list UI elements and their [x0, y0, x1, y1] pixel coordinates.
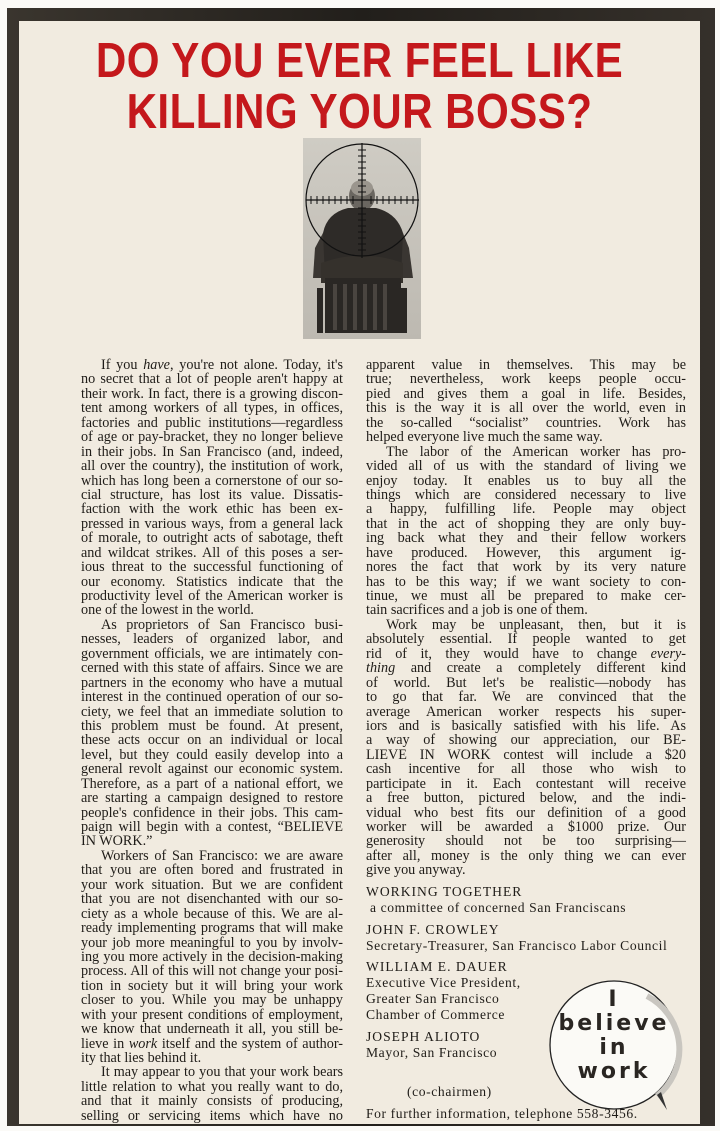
text-line: nesses, leaders of organized labor, and	[81, 632, 343, 646]
text-line: your work situation. But we are confiden…	[81, 878, 343, 892]
text-line: vidual who best fits our definition of a…	[366, 806, 686, 820]
text-line: give you anyway.	[366, 863, 686, 877]
text-line: LIEVE IN WORK contest will include a $20	[366, 748, 686, 762]
text-line: vided all of us with the standard of liv…	[366, 459, 686, 473]
text-line: participate in it. Each contestant will …	[366, 777, 686, 791]
text-line: lieve in work itself and the system of a…	[81, 1037, 343, 1051]
text-line: ious threat to the successful functionin…	[81, 560, 343, 574]
text-line: has to be this way; if we want society t…	[366, 575, 686, 589]
text-line: tain sacrifices and a job is one of them…	[366, 603, 686, 617]
text-line: pressed in various ways, from a general …	[81, 517, 343, 531]
text-line: things which are considered necessary to…	[366, 488, 686, 502]
text-line: and wildcat strikes. All of this poses a…	[81, 546, 343, 560]
text-line: It may appear to you that your work bear…	[81, 1065, 343, 1079]
text-line: their work. In fact, there is a growing …	[81, 387, 343, 401]
text-line: we know that underneath it all, you stil…	[81, 1022, 343, 1036]
text-line: Work may be unpleasant, then, but it is	[366, 618, 686, 632]
text-line: which has long been a cornerstone of our…	[81, 474, 343, 488]
text-line: cial structure, has lost its value. Diss…	[81, 488, 343, 502]
text-line: all over the country), the institution o…	[81, 459, 343, 473]
signer-3-title: Mayor, San Francisco	[366, 1045, 497, 1061]
co-chairmen-note: (co-chairmen)	[407, 1084, 492, 1100]
text-line: in their jobs. In San Francisco (and, in…	[81, 445, 343, 459]
button-text-line-3: in	[547, 1036, 681, 1060]
text-line: The labor of the American worker has pro…	[366, 445, 686, 459]
text-line: with your present conditions of employme…	[81, 1008, 343, 1022]
text-line: thing and create a completely different …	[366, 661, 686, 675]
text-line: cash incentive for all those who wish to	[366, 762, 686, 776]
text-line: have produced. However, this argument ig…	[366, 546, 686, 560]
text-line: If you have, you're not alone. Today, it…	[81, 358, 343, 372]
signer-2-title-line-1: Executive Vice President,	[366, 975, 521, 991]
text-line: worker will be awarded a $1000 prize. Ou…	[366, 820, 686, 834]
button-text-line-2: believe	[547, 1012, 681, 1036]
body-column-left: If you have, you're not alone. Today, it…	[81, 358, 343, 1123]
text-line: are starting a campaign designed to rest…	[81, 791, 343, 805]
text-line: helped everyone live much the same way.	[366, 430, 686, 444]
headline-line-1: DO YOU EVER FEEL LIKE	[67, 36, 653, 87]
text-line: the so-called “socialist” countries. Wor…	[366, 416, 686, 430]
text-line: after all, money is the only thing we ca…	[366, 849, 686, 863]
text-line: As proprietors of San Francisco busi-	[81, 618, 343, 632]
text-line: closer to you. While you may be unhappy	[81, 993, 343, 1007]
text-line: that in the act of shopping they are onl…	[366, 517, 686, 531]
text-line: nores the fact that work by its very nat…	[366, 560, 686, 574]
signer-2-name: WILLIAM E. DAUER	[366, 959, 508, 975]
text-line: ing back what they and their fellow work…	[366, 531, 686, 545]
text-line: our economy. Statistics indicate that th…	[81, 575, 343, 589]
crosshair-boss-image	[303, 138, 421, 339]
text-line: ready implementing programs that will ma…	[81, 921, 343, 935]
signer-2-title-line-2: Greater San Francisco	[366, 991, 499, 1007]
text-line: that you are often bored and frustrated …	[81, 863, 343, 877]
text-line: and that it mainly consists of producing…	[81, 1094, 343, 1108]
text-line: tinue, we must all be prepared to make c…	[366, 589, 686, 603]
text-line: iors and is basically satisfied with his…	[366, 719, 686, 733]
text-line: these acts occur on an individual or loc…	[81, 733, 343, 747]
signer-1-title: Secretary-Treasurer, San Francisco Labor…	[366, 938, 667, 954]
text-line: process. All of this will not change you…	[81, 964, 343, 978]
signer-3-name: JOSEPH ALIOTO	[366, 1029, 480, 1045]
text-line: cerned with this state of affairs. Since…	[81, 661, 343, 675]
text-line: to go that far. We are convinced that th…	[366, 690, 686, 704]
headline: DO YOU EVER FEEL LIKE KILLING YOUR BOSS?	[67, 36, 653, 138]
text-line: absolutely essential. If people wanted t…	[366, 632, 686, 646]
text-line: interest in the continued operation of o…	[81, 690, 343, 704]
text-line: this is the way it is all over the world…	[366, 401, 686, 415]
text-line: true; nevertheless, work keeps people oc…	[366, 372, 686, 386]
text-line: that you are not disenchanted with our s…	[81, 892, 343, 906]
text-line: ity that lies behind it.	[81, 1051, 343, 1065]
text-line: selling or servicing items which have no	[81, 1109, 343, 1123]
text-line: generosity should not be too surprising—	[366, 834, 686, 848]
signer-1-name: JOHN F. CROWLEY	[366, 922, 500, 938]
org-description: a committee of concerned San Franciscans	[370, 900, 626, 916]
text-line: general revolt against our economic syst…	[81, 762, 343, 776]
text-line: rid of it, they would have to change eve…	[366, 647, 686, 661]
text-line: one of the lowest in the world.	[81, 603, 343, 617]
text-line: tent among workers of all types, in offi…	[81, 401, 343, 415]
text-line: ciety as a whole because of this. We are…	[81, 907, 343, 921]
text-line: apparent value in themselves. This may b…	[366, 358, 686, 372]
text-line: faction with the work ethic has been ex-	[81, 502, 343, 516]
text-line: a free button, pictured below, and the i…	[366, 791, 686, 805]
headline-line-2: KILLING YOUR BOSS?	[67, 87, 653, 138]
text-line: tion in society but it will bring your w…	[81, 979, 343, 993]
text-line: paign will begin with a contest, “BELIEV…	[81, 820, 343, 834]
believe-in-work-button: I believe in work	[547, 978, 681, 1112]
text-line: of world. But let's be realistic—nobody …	[366, 676, 686, 690]
text-line: of age or pay-bracket, they no longer be…	[81, 430, 343, 444]
text-line: no secret that a lot of people aren't ha…	[81, 372, 343, 386]
text-line: this problem must be found. At present,	[81, 719, 343, 733]
poster-paper: DO YOU EVER FEEL LIKE KILLING YOUR BOSS?	[19, 21, 700, 1124]
text-line: pied and gives them a goal in life. Besi…	[366, 387, 686, 401]
org-name: WORKING TOGETHER	[366, 884, 522, 900]
crosshair-photo	[303, 138, 421, 339]
text-line: a way of showing our appreciation, our B…	[366, 733, 686, 747]
signer-2-title-line-3: Chamber of Commerce	[366, 1007, 505, 1023]
text-line: Therefore, as a part of a national effor…	[81, 777, 343, 791]
text-line: productivity level of the American worke…	[81, 589, 343, 603]
text-line: IN WORK.”	[81, 834, 343, 848]
text-line: enjoy today. It enables us to buy all th…	[366, 474, 686, 488]
text-line: average American worker respects his sup…	[366, 705, 686, 719]
text-line: factories and public institutions—regard…	[81, 416, 343, 430]
button-text-line-4: work	[547, 1060, 681, 1084]
text-line: people's confidence in their jobs. This …	[81, 806, 343, 820]
text-line: ing you more actively in the decision-ma…	[81, 950, 343, 964]
text-line: your job more meaningful to you by invol…	[81, 936, 343, 950]
text-line: level, but they could easily develop int…	[81, 748, 343, 762]
text-line: little relation to what you really want …	[81, 1080, 343, 1094]
text-line: a happy, fulfilling life. People may obj…	[366, 502, 686, 516]
body-column-right: apparent value in themselves. This may b…	[366, 358, 686, 878]
button-text-line-1: I	[547, 988, 681, 1012]
text-line: ciety, we feel that an immediate solutio…	[81, 705, 343, 719]
text-line: Workers of San Francisco: we are aware	[81, 849, 343, 863]
text-line: partners in the economy who have a mutua…	[81, 676, 343, 690]
text-line: of morale, to outright acts of sabotage,…	[81, 531, 343, 545]
text-line: government officials, we are intimately …	[81, 647, 343, 661]
